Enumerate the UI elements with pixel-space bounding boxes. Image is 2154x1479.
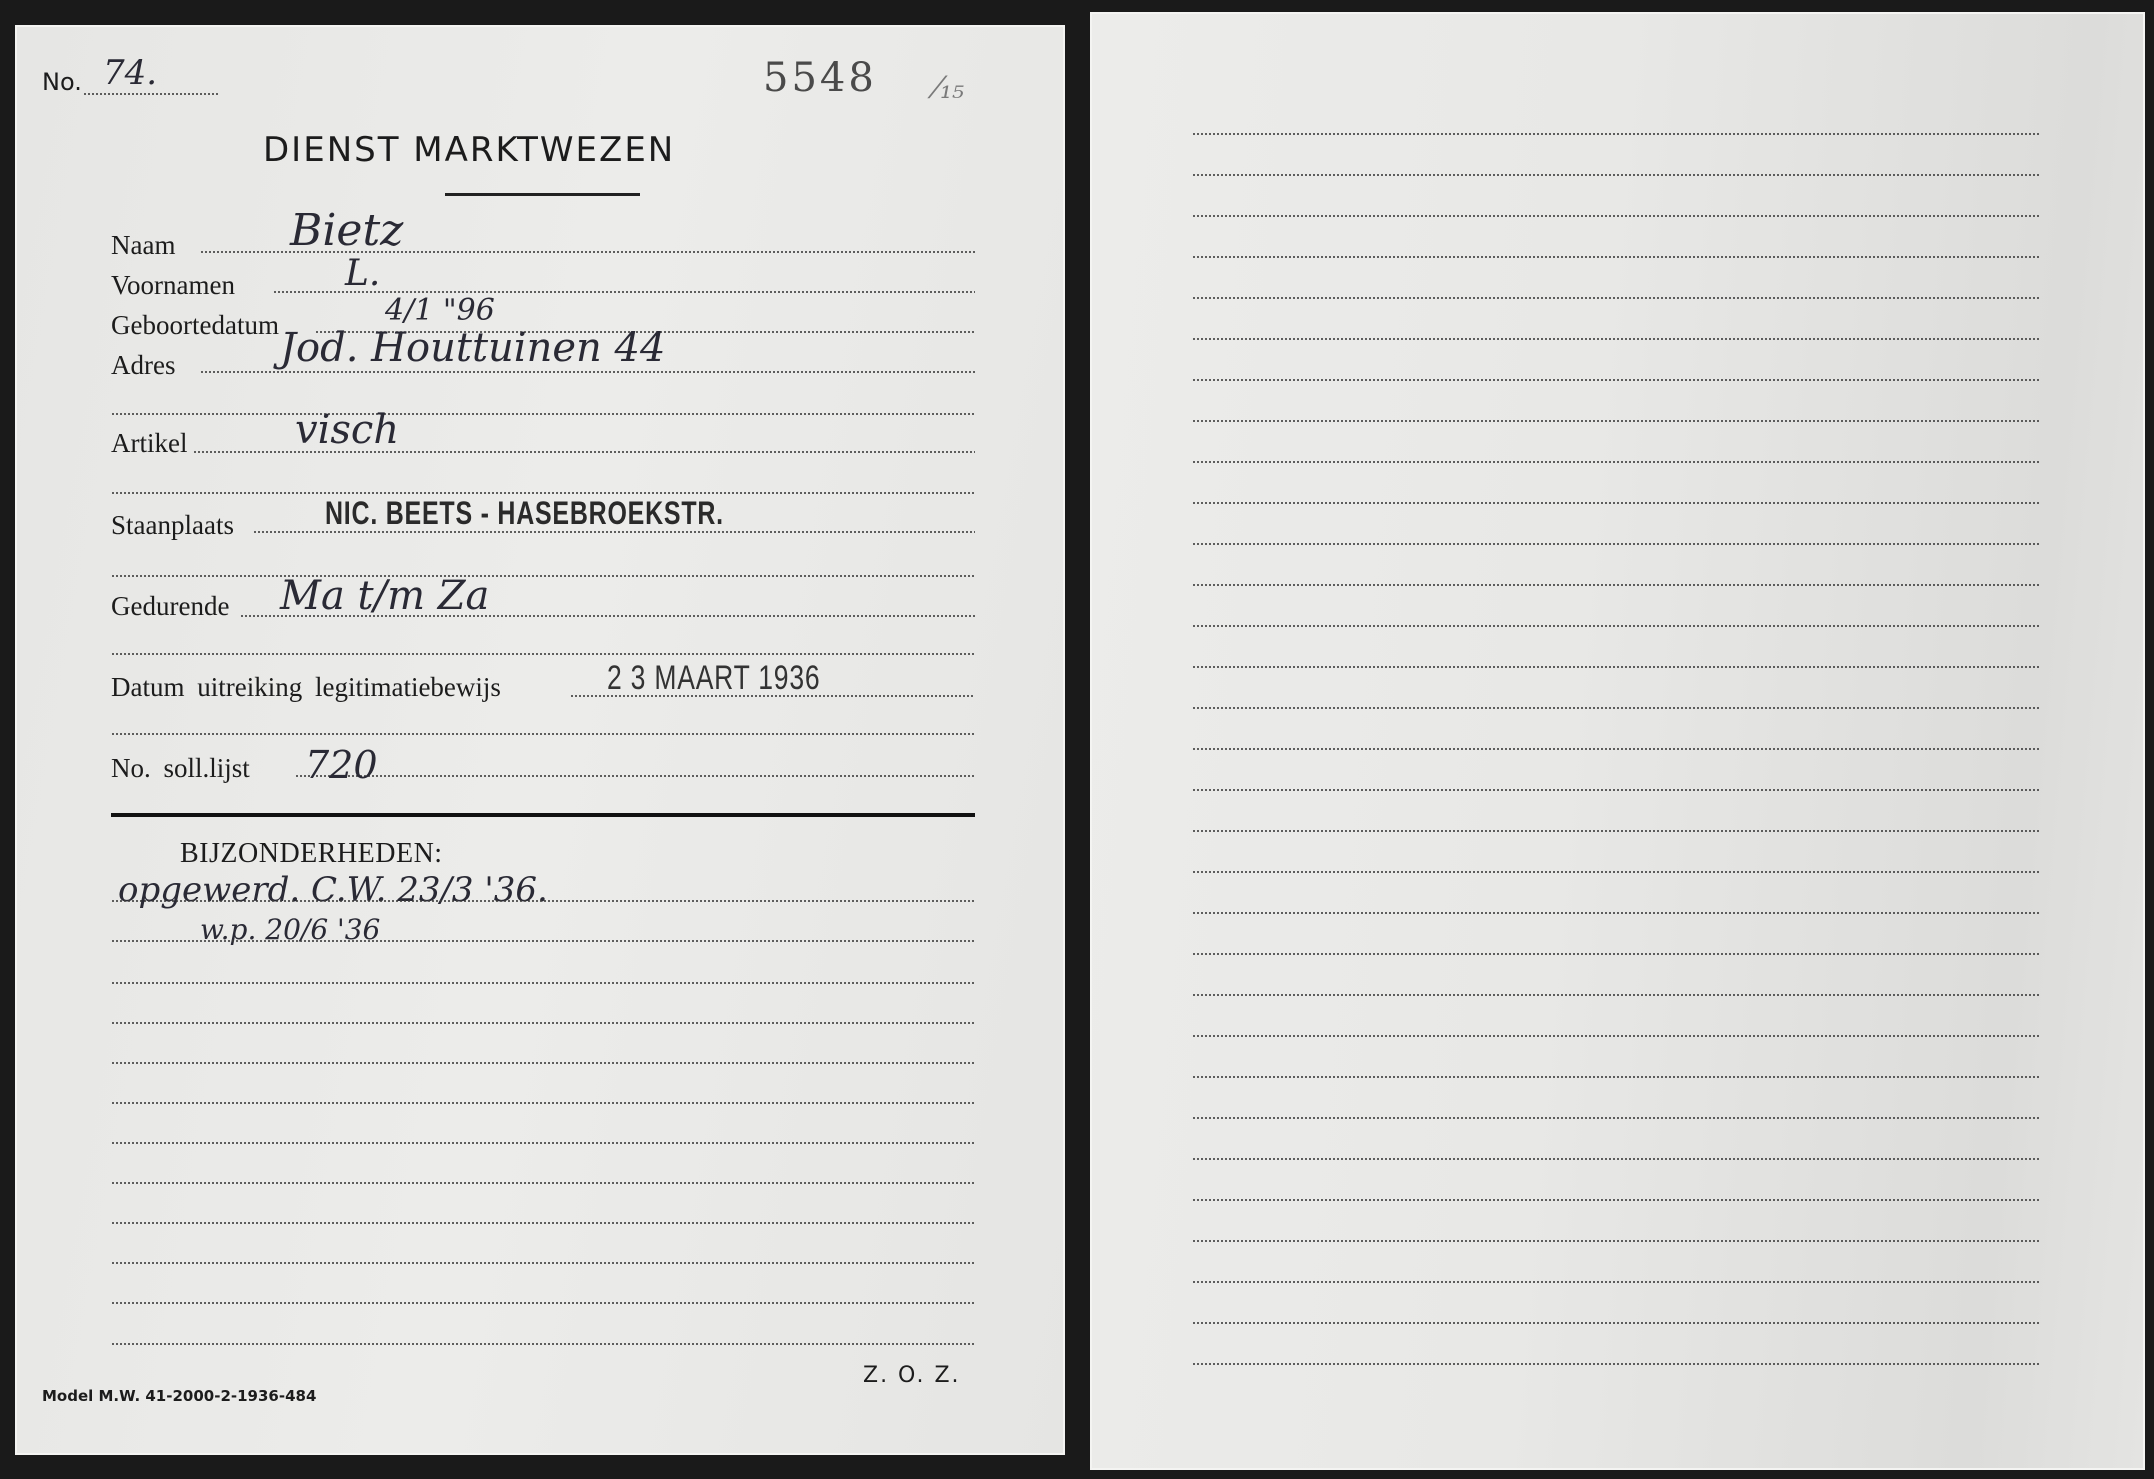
remarks-heading: BIJZONDERHEDEN:: [180, 838, 443, 870]
ruled-line: [1192, 584, 2040, 586]
field-label-adres: Adres: [111, 350, 175, 381]
ruled-line: [1192, 133, 2040, 135]
ruled-line: [1192, 256, 2040, 258]
field-value-voornamen: L.: [345, 253, 380, 294]
field-value-gedurende: Ma t/m Za: [280, 573, 489, 619]
ruled-line: [1192, 707, 2040, 709]
field-label-geboortedatum: Geboortedatum: [111, 310, 279, 341]
field-label-voornamen: Voornamen: [111, 270, 235, 301]
field-line-adres: [200, 371, 975, 373]
ruled-line: [1192, 748, 2040, 750]
archive-number: 5548: [763, 55, 877, 101]
ruled-line: [1192, 953, 2040, 955]
field-line-separator-4: [111, 733, 975, 735]
ruled-line: [1192, 502, 2040, 504]
field-label-staanplaats: Staanplaats: [111, 510, 234, 541]
field-line-separator-2: [111, 575, 975, 577]
archive-mark: ⁄₁₅: [935, 71, 964, 106]
ruled-line: [1192, 174, 2040, 176]
ruled-line: [1192, 1158, 2040, 1160]
ruled-line: [1192, 1363, 2040, 1365]
field-value-datum-uitreiking: 2 3 MAART 1936: [607, 659, 820, 698]
ruled-line: [1192, 666, 2040, 668]
ruled-line: [1192, 1199, 2040, 1201]
ruled-line: [1192, 625, 2040, 627]
ruled-line: [1192, 1117, 2040, 1119]
field-value-soll-lijst: 720: [305, 743, 378, 787]
ruled-line: [1192, 420, 2040, 422]
field-line-soll-lijst: [295, 775, 975, 777]
ruled-line: [1192, 297, 2040, 299]
ruled-line: [1192, 461, 2040, 463]
ruled-line: [1192, 789, 2040, 791]
ruled-line: [1192, 1281, 2040, 1283]
ruled-line: [1192, 379, 2040, 381]
registration-card-front: No. 74. 5548 ⁄₁₅ DIENST MARKTWEZEN Naam …: [15, 25, 1065, 1455]
ruled-line: [1192, 1076, 2040, 1078]
ruled-line: [1192, 215, 2040, 217]
field-value-staanplaats: NIC. BEETS - HASEBROEKSTR.: [325, 495, 724, 532]
field-label-datum-uitreiking: Datum uitreiking legitimatiebewijs: [111, 672, 501, 703]
footer-zoz: Z. O. Z.: [863, 1363, 961, 1388]
field-label-gedurende: Gedurende: [111, 591, 229, 622]
card-title: DIENST MARKTWEZEN: [263, 130, 675, 170]
title-underline: [445, 193, 640, 196]
footer-model-number: Model M.W. 41-2000-2-1936-484: [42, 1387, 316, 1405]
remark-line-1: opgewerd. C.W. 23/3 '36.: [118, 870, 548, 910]
ruled-line: [1192, 830, 2040, 832]
registration-card-back: [1090, 12, 2145, 1470]
section-divider: [111, 813, 975, 817]
ruled-line: [1192, 994, 2040, 996]
ruled-line: [1192, 871, 2040, 873]
ruled-line: [1192, 338, 2040, 340]
field-label-artikel: Artikel: [111, 428, 187, 459]
field-line-separator-3: [111, 653, 975, 655]
ruled-line: [1192, 1240, 2040, 1242]
field-value-geboortedatum: 4/1 "96: [385, 293, 495, 328]
number-label: No.: [42, 68, 82, 96]
field-value-adres: Jod. Houttuinen 44: [280, 325, 665, 371]
ruled-line: [1192, 543, 2040, 545]
field-value-naam: Bietz: [290, 205, 403, 256]
field-label-soll-lijst: No. soll.lijst: [111, 753, 250, 784]
field-line-separator-1: [111, 492, 975, 494]
number-value: 74.: [103, 53, 157, 93]
field-value-artikel: visch: [295, 407, 399, 453]
field-label-naam: Naam: [111, 230, 175, 261]
number-line: [83, 93, 218, 95]
ruled-line: [1192, 912, 2040, 914]
field-line-adres-extra: [111, 413, 975, 415]
ruled-line: [1192, 1322, 2040, 1324]
ruled-line: [1192, 1035, 2040, 1037]
